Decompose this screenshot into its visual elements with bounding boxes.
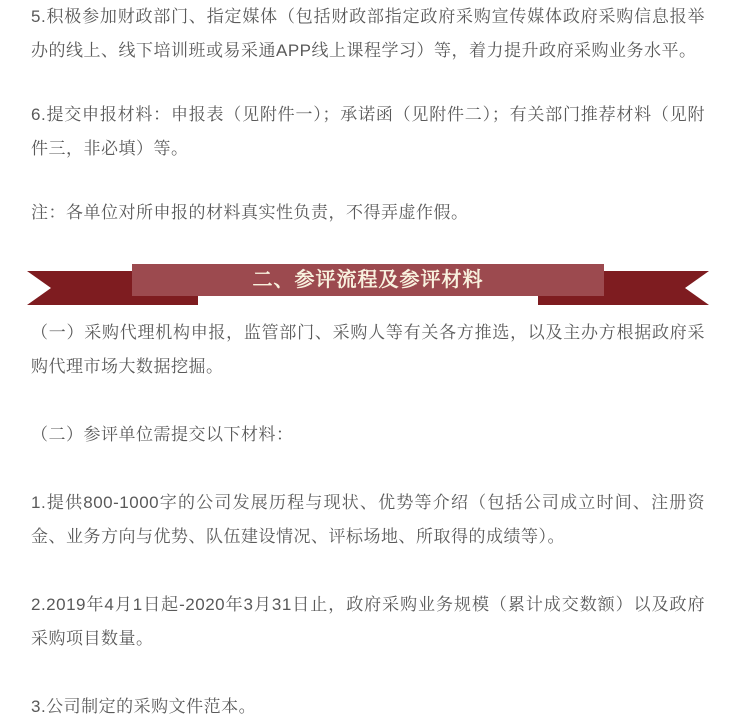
- paragraph-material-3: 3.公司制定的采购文件范本。: [31, 690, 705, 720]
- paragraph-item-6: 6.提交申报材料：申报表（见附件一）；承诺函（见附件二）；有关部门推荐材料（见附…: [31, 98, 705, 166]
- section-banner-title: 二、参评流程及参评材料: [132, 264, 604, 296]
- paragraph-material-2: 2.2019年4月1日起-2020年3月31日止，政府采购业务规模（累计成交数额…: [31, 588, 705, 656]
- paragraph-material-1: 1.提供800-1000字的公司发展历程与现状、优势等介绍（包括公司成立时间、注…: [31, 486, 705, 554]
- paragraph-note: 注：各单位对所申报的材料真实性负责，不得弄虚作假。: [31, 196, 705, 230]
- paragraph-item-5: 5.积极参加财政部门、指定媒体（包括财政部指定政府采购宣传媒体政府采购信息报举办…: [31, 0, 705, 68]
- article-body: 5.积极参加财政部门、指定媒体（包括财政部指定政府采购宣传媒体政府采购信息报举办…: [0, 0, 736, 720]
- section-banner: 二、参评流程及参评材料: [0, 264, 736, 305]
- paragraph-process-1: （一）采购代理机构申报，监管部门、采购人等有关各方推选，以及主办方根据政府采购代…: [31, 316, 705, 384]
- paragraph-process-2: （二）参评单位需提交以下材料：: [31, 418, 705, 452]
